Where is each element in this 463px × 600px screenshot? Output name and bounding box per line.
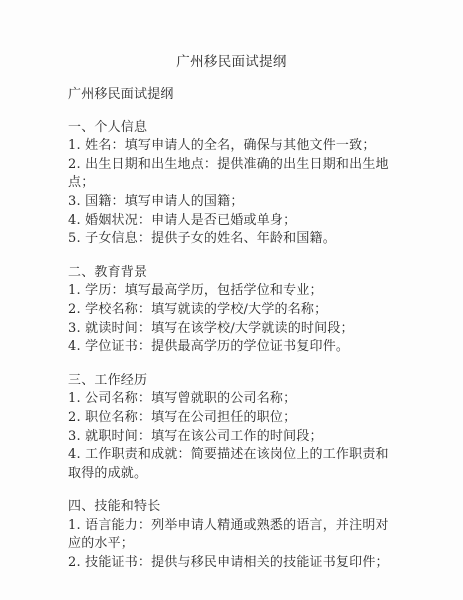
list-item: 2. 职位名称：填写在公司担任的职位；	[68, 409, 400, 428]
document-body: 广州移民面试提纲 一、个人信息 1. 姓名：填写申请人的全名，确保与其他文件一致…	[68, 86, 400, 588]
section-work-experience: 三、工作经历 1. 公司名称：填写曾就职的公司名称； 2. 职位名称：填写在公司…	[68, 372, 400, 484]
section-skills: 四、技能和特长 1. 语言能力：列举申请人精通或熟悉的语言，并注明对应的水平； …	[68, 498, 400, 572]
list-item: 4. 婚姻状况：申请人是否已婚或单身；	[68, 212, 400, 231]
list-item: 3. 就职时间：填写在该公司工作的时间段；	[68, 428, 400, 447]
document-subtitle: 广州移民面试提纲	[68, 86, 400, 105]
section-personal-info: 一、个人信息 1. 姓名：填写申请人的全名，确保与其他文件一致； 2. 出生日期…	[68, 119, 400, 249]
section-heading: 二、教育背景	[68, 264, 400, 283]
list-item: 4. 学位证书：提供最高学历的学位证书复印件。	[68, 338, 400, 357]
list-item: 3. 就读时间：填写在该学校/大学就读的时间段；	[68, 320, 400, 339]
list-item: 1. 学历：填写最高学历，包括学位和专业；	[68, 282, 400, 301]
section-heading: 一、个人信息	[68, 119, 400, 138]
list-item: 1. 姓名：填写申请人的全名，确保与其他文件一致；	[68, 137, 400, 156]
list-item: 1. 语言能力：列举申请人精通或熟悉的语言，并注明对应的水平；	[68, 517, 400, 554]
list-item: 2. 学校名称：填写就读的学校/大学的名称；	[68, 301, 400, 320]
document-page: 广州移民面试提纲 广州移民面试提纲 一、个人信息 1. 姓名：填写申请人的全名，…	[0, 0, 463, 600]
section-education: 二、教育背景 1. 学历：填写最高学历，包括学位和专业； 2. 学校名称：填写就…	[68, 264, 400, 357]
section-heading: 四、技能和特长	[68, 498, 400, 517]
list-item: 1. 公司名称：填写曾就职的公司名称；	[68, 390, 400, 409]
section-heading: 三、工作经历	[68, 372, 400, 391]
list-item: 2. 出生日期和出生地点：提供准确的出生日期和出生地点；	[68, 156, 400, 193]
list-item: 4. 工作职责和成就：简要描述在该岗位上的工作职责和取得的成就。	[68, 446, 400, 483]
list-item: 5. 子女信息：提供子女的姓名、年龄和国籍。	[68, 230, 400, 249]
list-item: 3. 国籍：填写申请人的国籍；	[68, 193, 400, 212]
list-item: 2. 技能证书：提供与移民申请相关的技能证书复印件；	[68, 554, 400, 573]
document-title: 广州移民面试提纲	[0, 53, 463, 71]
